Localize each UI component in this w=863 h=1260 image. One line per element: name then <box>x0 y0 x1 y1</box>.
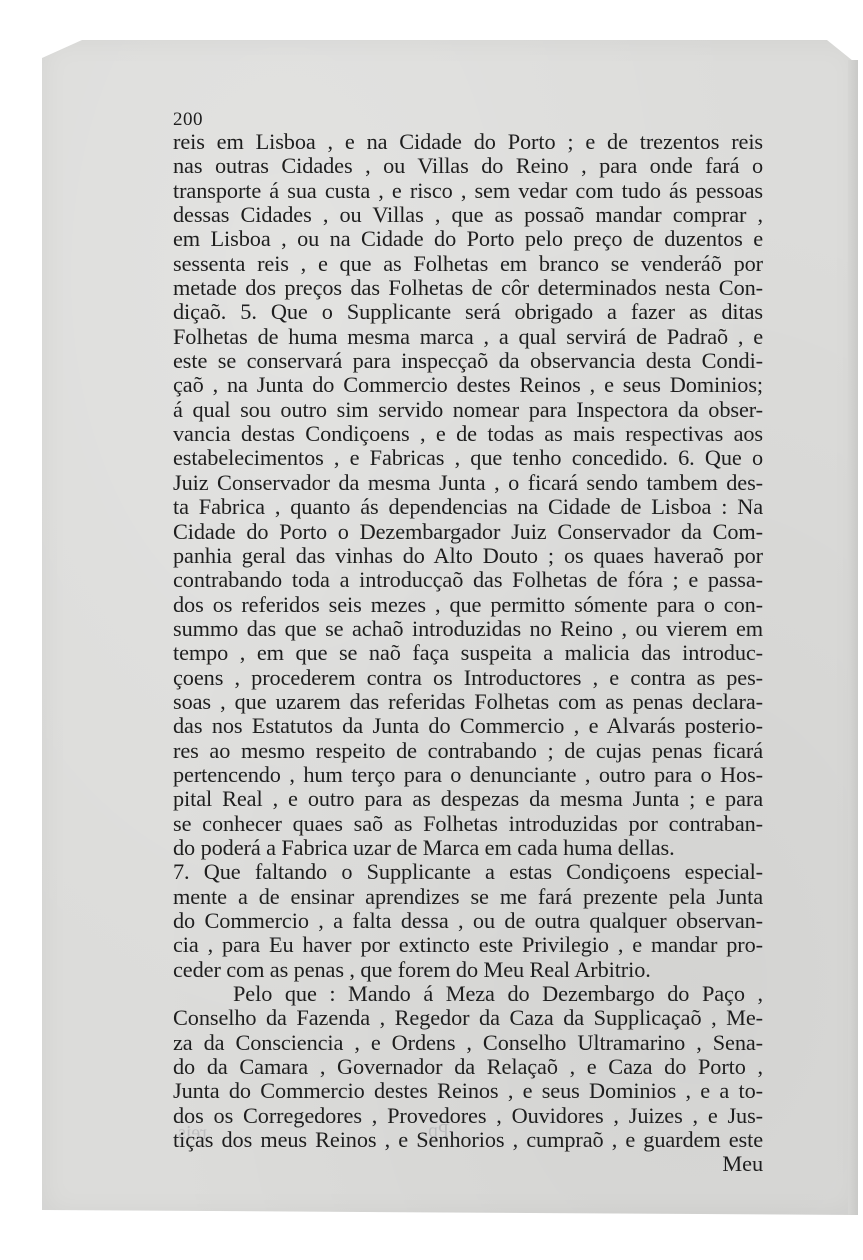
text-line: res ao mesmo respeito de contrabando ; d… <box>173 739 763 763</box>
text-line: ta Fabrica , quanto ás dependencias na C… <box>173 495 763 519</box>
text-line: nas outras Cidades , ou Villas do Reino … <box>173 154 763 178</box>
text-line: transporte á sua custa , e risco , sem v… <box>173 179 763 203</box>
text-line: vancia destas Condiçoens , e de todas as… <box>173 422 763 446</box>
text-line: estabelecimentos , e Fabricas , que tenh… <box>173 446 763 470</box>
text-line: Pelo que : Mando á Meza do Dezembargo do… <box>173 982 763 1006</box>
text-line: summo das que se achaõ introduzidas no R… <box>173 617 763 641</box>
text-line: panhia geral das vinhas do Alto Douto ; … <box>173 544 763 568</box>
text-line: tempo , em que se naõ faça suspeita a ma… <box>173 641 763 665</box>
text-line: dos os Corregedores , Provedores , Ouvid… <box>173 1104 763 1128</box>
document-text: 200 reis em Lisboa , e na Cidade do Port… <box>173 110 763 1176</box>
text-line: ceder com as penas , que forem do Meu Re… <box>173 958 763 982</box>
text-line: pital Real , e outro para as despezas da… <box>173 787 763 811</box>
text-line: do Commercio , a falta dessa , ou de out… <box>173 909 763 933</box>
text-line: cia , para Eu haver por extincto este Pr… <box>173 933 763 957</box>
page-edge-shadow <box>848 60 858 1215</box>
paragraph-conditions: reis em Lisboa , e na Cidade do Porto ; … <box>173 130 763 982</box>
text-line: do poderá a Fabrica uzar de Marca em cad… <box>173 836 763 860</box>
page-number: 200 <box>173 110 763 128</box>
catchword: Meu <box>173 1152 763 1176</box>
text-line: tiças dos meus Reinos , e Senhorios , cu… <box>173 1128 763 1152</box>
text-line: çaõ , na Junta do Commercio destes Reino… <box>173 373 763 397</box>
text-line: em Lisboa , ou na Cidade do Porto pelo p… <box>173 227 763 251</box>
text-line: 7. Que faltando o Supplicante a estas Co… <box>173 860 763 884</box>
text-line: se conhecer quaes saõ as Folhetas introd… <box>173 812 763 836</box>
text-line: á qual sou outro sim servido nomear para… <box>173 398 763 422</box>
text-line: za da Consciencia , e Ordens , Conselho … <box>173 1031 763 1055</box>
text-line: reis em Lisboa , e na Cidade do Porto ; … <box>173 130 763 154</box>
text-line: sessenta reis , e que as Folhetas em bra… <box>173 252 763 276</box>
text-line: Folhetas de huma mesma marca , a qual se… <box>173 325 763 349</box>
text-line: pertencendo , hum terço para o denuncian… <box>173 763 763 787</box>
paragraph-pelo-que: Pelo que : Mando á Meza do Dezembargo do… <box>173 982 763 1152</box>
text-line: dessas Cidades , ou Villas , que as poss… <box>173 203 763 227</box>
text-line: dos os referidos seis mezes , que permit… <box>173 593 763 617</box>
text-line: este se conservará para inspecçaõ da obs… <box>173 349 763 373</box>
text-line: diçaõ. 5. Que o Supplicante será obrigad… <box>173 300 763 324</box>
text-line: metade dos preços das Folhetas de côr de… <box>173 276 763 300</box>
text-line: das nos Estatutos da Junta do Commercio … <box>173 714 763 738</box>
text-line: soas , que uzarem das referidas Folhetas… <box>173 690 763 714</box>
text-line: do da Camara , Governador da Relaçaõ , e… <box>173 1055 763 1079</box>
text-line: Cidade do Porto o Dezembargador Juiz Con… <box>173 520 763 544</box>
text-line: Conselho da Fazenda , Regedor da Caza da… <box>173 1006 763 1030</box>
text-line: Junta do Commercio destes Reinos , e seu… <box>173 1079 763 1103</box>
text-line: Juiz Conservador da mesma Junta , o fica… <box>173 471 763 495</box>
text-line: contrabando toda a introducçaõ das Folhe… <box>173 568 763 592</box>
text-line: çoens , procederem contra os Introductor… <box>173 666 763 690</box>
text-line: mente a de ensinar aprendizes se me fará… <box>173 885 763 909</box>
